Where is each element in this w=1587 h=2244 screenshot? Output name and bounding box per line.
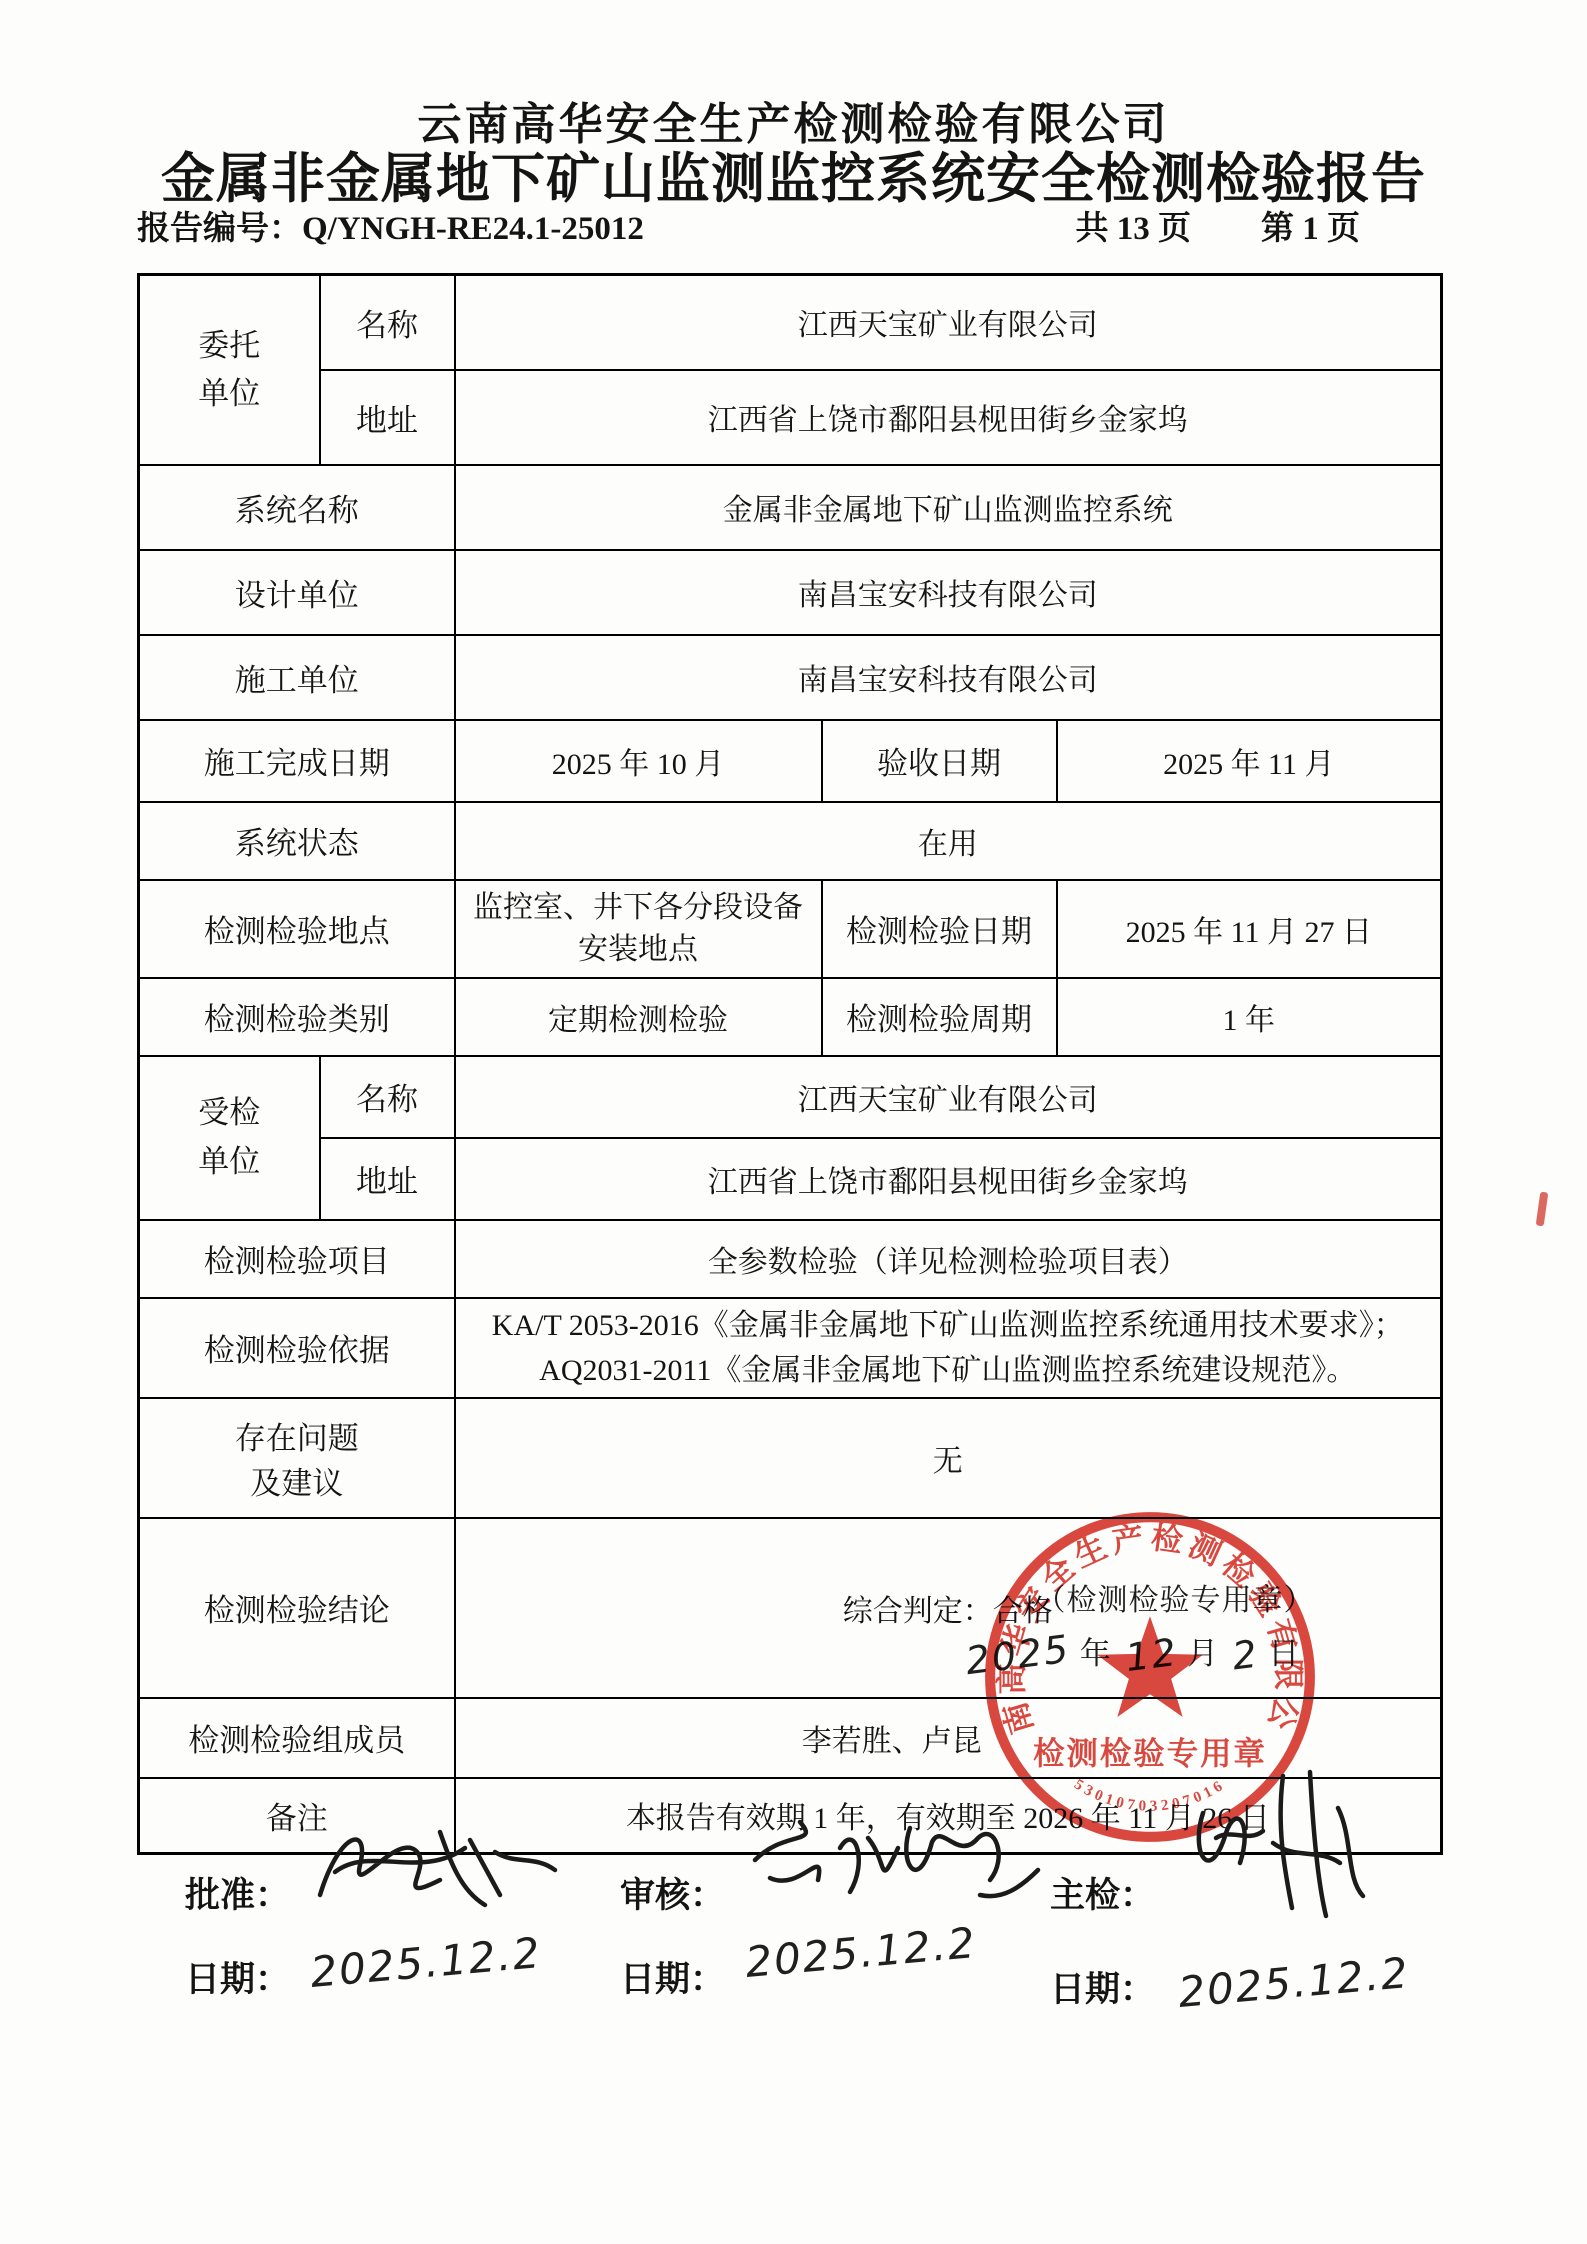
table-row: 检测检验类别 定期检测检验 检测检验周期 1 年 [139, 978, 1442, 1056]
table-row: 地址 江西省上饶市鄱阳县枧田街乡金家坞 [139, 370, 1442, 465]
inspected-name-value: 江西天宝矿业有限公司 [455, 1056, 1442, 1138]
client-group-label: 委托单位 [139, 275, 320, 465]
items-value: 全参数检验（详见检测检验项目表） [455, 1220, 1442, 1298]
client-addr-label: 地址 [320, 370, 455, 465]
red-stray-mark [1536, 1192, 1549, 1227]
report-number-line: 报告编号：Q/YNGH-RE24.1-25012 共 13 页 第 1 页 [137, 202, 1360, 249]
table-row: 施工单位 南昌宝安科技有限公司 [139, 635, 1442, 720]
report-number-label: 报告编号： [137, 211, 302, 247]
category-value: 定期检测检验 [455, 978, 822, 1056]
system-status-value: 在用 [455, 802, 1442, 880]
total-pages: 共 13 页 [1076, 202, 1192, 249]
design-unit-value: 南昌宝安科技有限公司 [455, 550, 1442, 635]
problems-label: 存在问题 及建议 [139, 1398, 455, 1518]
review-date-label: 日期： [620, 1952, 725, 2002]
basis-line-2: AQ2031-2011《金属非金属地下矿山监测监控系统建设规范》。 [464, 1348, 1433, 1393]
accept-date-value: 2025 年 11 月 [1057, 720, 1442, 802]
page-indicator: 共 13 页 第 1 页 [1076, 202, 1361, 249]
construct-unit-label: 施工单位 [139, 635, 455, 720]
approve-label: 批准： [185, 1868, 290, 1918]
svg-text:云南高华安全生产检测检验有限公司: 云南高华安全生产检测检验有限公司 [978, 1505, 1306, 1738]
system-name-label: 系统名称 [139, 465, 455, 550]
complete-date-value: 2025 年 10 月 [455, 720, 822, 802]
table-row: 设计单位 南昌宝安科技有限公司 [139, 550, 1442, 635]
client-name-value: 江西天宝矿业有限公司 [455, 275, 1442, 370]
construct-unit-value: 南昌宝安科技有限公司 [455, 635, 1442, 720]
report-page: 云南高华安全生产检测检验有限公司 金属非金属地下矿山监测监控系统安全检测检验报告… [0, 0, 1587, 2244]
stamp-star-icon [1097, 1616, 1203, 1717]
system-name-value: 金属非金属地下矿山监测监控系统 [455, 465, 1442, 550]
table-row: 委托单位 名称 江西天宝矿业有限公司 [139, 275, 1442, 370]
table-row: 检测检验项目 全参数检验（详见检测检验项目表） [139, 1220, 1442, 1298]
problems-value: 无 [455, 1398, 1442, 1518]
chief-date-label: 日期： [1050, 1962, 1155, 2012]
review-signature [740, 1800, 1050, 1930]
basis-line-1: KA/T 2053-2016《金属非金属地下矿山监测监控系统通用技术要求》； [464, 1303, 1433, 1348]
test-date-label: 检测检验日期 [822, 880, 1057, 978]
approve-date-label: 日期： [185, 1952, 290, 2002]
table-row: 受检单位 名称 江西天宝矿业有限公司 [139, 1056, 1442, 1138]
approve-date-value: 2025.12.2 [308, 1928, 543, 1997]
test-date-value: 2025 年 11 月 27 日 [1057, 880, 1442, 978]
review-label: 审核： [620, 1868, 725, 1918]
chief-date-value: 2025.12.2 [1176, 1948, 1411, 2017]
location-value: 监控室、井下各分段设备安装地点 [455, 880, 822, 978]
chief-signature [1168, 1768, 1458, 1933]
design-unit-label: 设计单位 [139, 550, 455, 635]
inspected-addr-value: 江西省上饶市鄱阳县枧田街乡金家坞 [455, 1138, 1442, 1220]
inspected-group-label: 受检单位 [139, 1056, 320, 1220]
team-label: 检测检验组成员 [139, 1698, 455, 1778]
basis-label: 检测检验依据 [139, 1298, 455, 1398]
items-label: 检测检验项目 [139, 1220, 455, 1298]
complete-date-label: 施工完成日期 [139, 720, 455, 802]
table-row: 系统状态 在用 [139, 802, 1442, 880]
report-number: 报告编号：Q/YNGH-RE24.1-25012 [137, 202, 644, 249]
table-row: 系统名称 金属非金属地下矿山监测监控系统 [139, 465, 1442, 550]
chief-label: 主检： [1050, 1868, 1155, 1918]
table-row: 检测检验地点 监控室、井下各分段设备安装地点 检测检验日期 2025 年 11 … [139, 880, 1442, 978]
stamp-center-text: 检测检验专用章 [1033, 1735, 1267, 1771]
current-page: 第 1 页 [1261, 202, 1360, 249]
accept-date-label: 验收日期 [822, 720, 1057, 802]
cycle-value: 1 年 [1057, 978, 1442, 1056]
table-row: 存在问题 及建议 无 [139, 1398, 1442, 1518]
conclusion-label: 检测检验结论 [139, 1518, 455, 1698]
category-label: 检测检验类别 [139, 978, 455, 1056]
inspected-addr-label: 地址 [320, 1138, 455, 1220]
location-label: 检测检验地点 [139, 880, 455, 978]
table-row: 检测检验依据 KA/T 2053-2016《金属非金属地下矿山监测监控系统通用技… [139, 1298, 1442, 1398]
basis-value: KA/T 2053-2016《金属非金属地下矿山监测监控系统通用技术要求》； A… [455, 1298, 1442, 1398]
approve-signature [300, 1810, 600, 1930]
inspected-name-label: 名称 [320, 1056, 455, 1138]
cycle-label: 检测检验周期 [822, 978, 1057, 1056]
system-status-label: 系统状态 [139, 802, 455, 880]
table-row: 地址 江西省上饶市鄱阳县枧田街乡金家坞 [139, 1138, 1442, 1220]
table-row: 施工完成日期 2025 年 10 月 验收日期 2025 年 11 月 [139, 720, 1442, 802]
report-number-value: Q/YNGH-RE24.1-25012 [302, 211, 644, 247]
client-name-label: 名称 [320, 275, 455, 370]
stamp-ring-text: 云南高华安全生产检测检验有限公司 [978, 1505, 1306, 1738]
client-addr-value: 江西省上饶市鄱阳县枧田街乡金家坞 [455, 370, 1442, 465]
